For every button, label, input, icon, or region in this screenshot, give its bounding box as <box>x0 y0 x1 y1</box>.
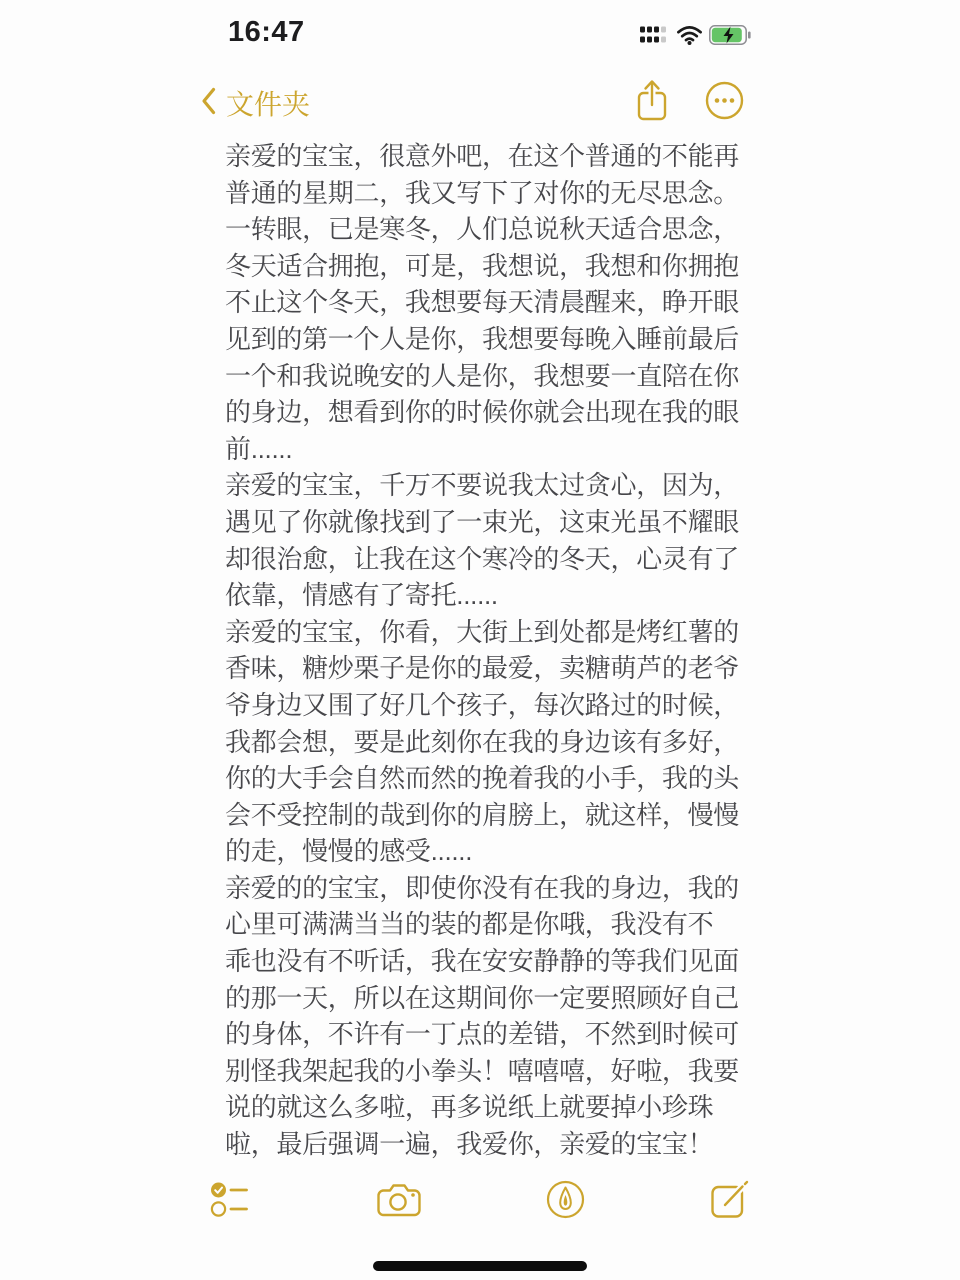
camera-button[interactable] <box>377 1182 421 1222</box>
markup-icon <box>546 1180 585 1224</box>
compose-icon <box>711 1180 750 1224</box>
cellular-signal-icon <box>640 25 670 50</box>
note-line: 亲爱的宝宝，你看，大街上到处都是烤红薯的 <box>225 614 745 651</box>
note-line: 冬天适合拥抱，可是，我想说，我想和你拥抱 <box>225 248 745 285</box>
markup-button[interactable] <box>546 1180 585 1224</box>
back-chevron-icon <box>201 87 216 120</box>
note-line: 说的就这么多啦，再多说纸上就要掉小珍珠 <box>225 1089 745 1126</box>
note-text-area[interactable]: 亲爱的宝宝，很意外吧，在这个普通的不能再普通的星期二，我又写下了对你的无尽思念。… <box>225 138 745 1163</box>
note-line: 亲爱的宝宝，很意外吧，在这个普通的不能再 <box>225 138 745 175</box>
camera-icon <box>377 1182 421 1222</box>
note-line: 我都会想，要是此刻你在我的身边该有多好， <box>225 724 745 761</box>
note-line: 见到的第一个人是你，我想要每晚入睡前最后 <box>225 321 745 358</box>
note-line: 亲爱的宝宝，千万不要说我太过贪心，因为， <box>225 467 745 504</box>
back-button-label: 文件夹 <box>226 83 310 123</box>
note-line: 依靠，情感有了寄托...... <box>225 577 745 614</box>
note-line: 别怪我架起我的小拳头！嘻嘻嘻，好啦，我要 <box>225 1053 745 1090</box>
checklist-icon <box>210 1181 251 1223</box>
status-time: 16:47 <box>228 16 305 49</box>
note-line: 前...... <box>225 431 745 468</box>
note-line: 却很治愈，让我在这个寒冷的冬天，心灵有了 <box>225 541 745 578</box>
note-line: 的身体，不许有一丁点的差错，不然到时候可 <box>225 1016 745 1053</box>
note-line: 一转眼，已是寒冬，人们总说秋天适合思念， <box>225 211 745 248</box>
wifi-icon <box>677 26 702 50</box>
back-button[interactable]: 文件夹 <box>201 83 310 123</box>
more-icon <box>705 81 744 125</box>
note-line: 会不受控制的哉到你的肩膀上，就这样，慢慢 <box>225 797 745 834</box>
home-indicator[interactable] <box>373 1261 587 1271</box>
note-line: 的那一天，所以在这期间你一定要照顾好自己 <box>225 980 745 1017</box>
notes-app-screen: 16:47 <box>0 0 960 1280</box>
note-line: 一个和我说晚安的人是你，我想要一直陪在你 <box>225 358 745 395</box>
note-line: 你的大手会自然而然的挽着我的小手，我的头 <box>225 760 745 797</box>
note-line: 遇见了你就像找到了一束光，这束光虽不耀眼 <box>225 504 745 541</box>
checklist-button[interactable] <box>210 1181 251 1223</box>
note-line: 亲爱的的宝宝，即使你没有在我的身边，我的 <box>225 870 745 907</box>
note-line: 心里可满满当当的装的都是你哦，我没有不 <box>225 906 745 943</box>
nav-actions <box>635 78 744 128</box>
status-icons <box>640 25 751 50</box>
compose-button[interactable] <box>711 1180 750 1224</box>
note-line: 的走，慢慢的感受...... <box>225 833 745 870</box>
bottom-toolbar <box>210 1180 750 1224</box>
note-line: 乖也没有不听话，我在安安静静的等我们见面 <box>225 943 745 980</box>
more-button[interactable] <box>705 81 744 125</box>
note-line: 的身边，想看到你的时候你就会出现在我的眼 <box>225 394 745 431</box>
note-line: 香味，糖炒栗子是你的最爱，卖糖萌芦的老爷 <box>225 650 745 687</box>
note-line: 啦，最后强调一遍，我爱你，亲爱的宝宝！ <box>225 1126 745 1163</box>
note-line: 不止这个冬天，我想要每天清晨醒来，睁开眼 <box>225 284 745 321</box>
share-icon <box>635 78 669 128</box>
note-line: 普通的星期二，我又写下了对你的无尽思念。 <box>225 175 745 212</box>
note-line: 爷身边又围了好几个孩子，每次路过的时候， <box>225 687 745 724</box>
share-button[interactable] <box>635 78 669 128</box>
battery-charging-icon <box>709 25 751 50</box>
